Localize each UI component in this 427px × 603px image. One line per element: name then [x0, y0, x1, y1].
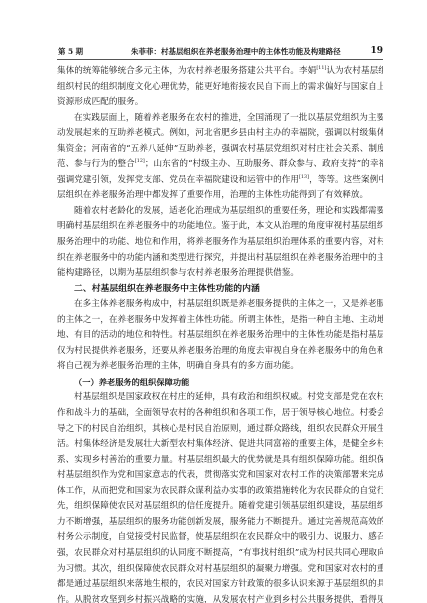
text-line: 能构建路径，以期为基层组织参与农村养老服务治理提供借鉴。 — [57, 266, 383, 282]
text-line: 集体的统筹能够统合多元主体，为农村养老服务搭建公共平台。李娟[11]认为农村基层… — [57, 64, 383, 80]
text-line: 村基层组织是国家政权在村庄的延伸，具有政治和组织权威。村党支部是党在农村全部工 — [57, 390, 383, 406]
text-line: 都是通过基层组织来落地生根的，农民对国家方针政策的很多认识来源于基层组织的具体工 — [57, 577, 383, 593]
page-number: 19 — [370, 45, 383, 58]
text-line: 作。从脱贫攻坚到乡村振兴战略的实施，从发展农村产业到乡村公共服务提供，看得见的乡… — [57, 593, 383, 603]
text-line: 活。村集体经济是发展壮大新型农村集体经济、促进共同富裕的重要主体，是健全乡村治理… — [57, 437, 383, 453]
text-line: 在实践层面上，随着养老服务在农村的推进，全国涌现了一批以基层党组织为主要力量带 — [57, 111, 383, 127]
text-line: 先，组织保障使农民对基层组织的信任度提升。随着党建引领基层组织建设，基层组织建设… — [57, 499, 383, 515]
text-line: 作和战斗力的基础，全面领导农村的各种组织和各项工作，居于领导核心地位。村委会是党… — [57, 406, 383, 422]
text-line: 力不断增强，基层组织的服务功能创新发展，服务能力不断提升。通过完善规范高效的党务… — [57, 515, 383, 531]
subsection-heading: （一）养老服务的组织保障功能 — [57, 375, 383, 391]
header-divider — [57, 59, 383, 60]
text-line: 导之下的村民自治组织，其核心是村民自治原则，通过群众路线，组织农民群众开展生产生 — [57, 422, 383, 438]
text-line: 为习惯。其次，组织保障使农民群众对村基层组织的凝聚力增强。党和国家对农村的重大政… — [57, 562, 383, 578]
section-heading: 二、村基层组织在养老服务中主体性功能的内涵 — [57, 282, 383, 298]
text-line: 仅为村民提供养老服务，还要从养老服务治理的角度去审视自身在养老服务中的角色和功能… — [57, 344, 383, 360]
citation: [12] — [135, 159, 145, 164]
issue-number: 第 5 期 — [58, 45, 83, 58]
text-line: 服务治理中的功能、地位和作用，将养老服务作为基层组织治理体系的重要内容，对村基层… — [57, 235, 383, 251]
text-line: 在多主体养老服务构成中，村基层组织既是养老服务提供的主体之一，又是养老服务治理 — [57, 297, 383, 313]
text-line: 层组织在养老服务治理中都发挥了重要作用，治理的主体性功能得到了有效释放。 — [57, 188, 383, 204]
citation: [13] — [299, 175, 309, 180]
text-line: 系、实现乡村善治的重要力量。村基层组织最大的优势就是具有组织保障功能。组织保障就… — [57, 453, 383, 469]
text-line: 资源形成匹配的服务。 — [57, 95, 383, 111]
running-title: 朱菲菲：村基层组织在养老服务治理中的主体性功能及构建路径 — [131, 45, 341, 58]
text-line: 村基层组织作为党和国家意志的代表，贯彻落实党和国家对农村工作的决策部署来完成农村… — [57, 468, 383, 484]
text-line: 体工作，从而把党和国家为农民群众谋利益办实事的政策措施转化为农民群众的自觉行动。… — [57, 484, 383, 500]
text-line: 将自己视为养老服务治理的主体，明确自身具有的多方面功能。 — [57, 359, 383, 375]
text-line: 动发展起来的互助养老模式。例如，河北省肥乡县由村主办的幸福院，强调以村级集体为主… — [57, 126, 383, 142]
text-line: 的主体之一，在养老服务中发挥着主体性功能。所谓主体性，是指一种自主地、主动地、能… — [57, 313, 383, 329]
text-line: 范、参与行为的整合[12]；山东省的“村级主办、互助服务、群众参与、政府支持”的… — [57, 157, 383, 173]
text-line: 随着农村老龄化的发展，适老化治理成为基层组织的重要任务，理论和实践都需要进一步 — [57, 204, 383, 220]
text-line: 织在养老服务中的功能内涵和类型进行探究，并提出村基层组织在养老服务治理中的主体性… — [57, 251, 383, 267]
text-line: 强，农民群众对村基层组织的认同度不断提高，“有事找村组织”成为村民共同心理取向和… — [57, 546, 383, 562]
text-line: 地、有目的活动的地位和特性。村基层组织在养老服务治理中的主体性功能是指村基层组织… — [57, 328, 383, 344]
article-body: 集体的统筹能够统合多元主体，为农村养老服务搭建公共平台。李娟[11]认为农村基层… — [57, 64, 383, 603]
text-line: 明确村基层组织在养老服务中的功能地位。鉴于此，本文从治理的角度审视村基层组织在养… — [57, 219, 383, 235]
text-line: 组织村民的组织制度文化心理优势，能更好地衔接农民自下而上的需求偏好与国家自上而下… — [57, 80, 383, 96]
citation: [11] — [316, 66, 326, 71]
text-line: 集资金；河南省的“五养八延伸”互助养老，强调农村基层党组织对村庄社会关系、制度规 — [57, 142, 383, 158]
text-line: 村务公示制度，自觉接受村民监督，使基层组织在农民群众中的吸引力、说服力、感召力增 — [57, 530, 383, 546]
page-header: 第 5 期 朱菲菲：村基层组织在养老服务治理中的主体性功能及构建路径 19 — [57, 45, 383, 58]
text-line: 强调党建引领，发挥党支部、党员在幸福院建设和运管中的作用[13]，等等。这些案例… — [57, 173, 383, 189]
